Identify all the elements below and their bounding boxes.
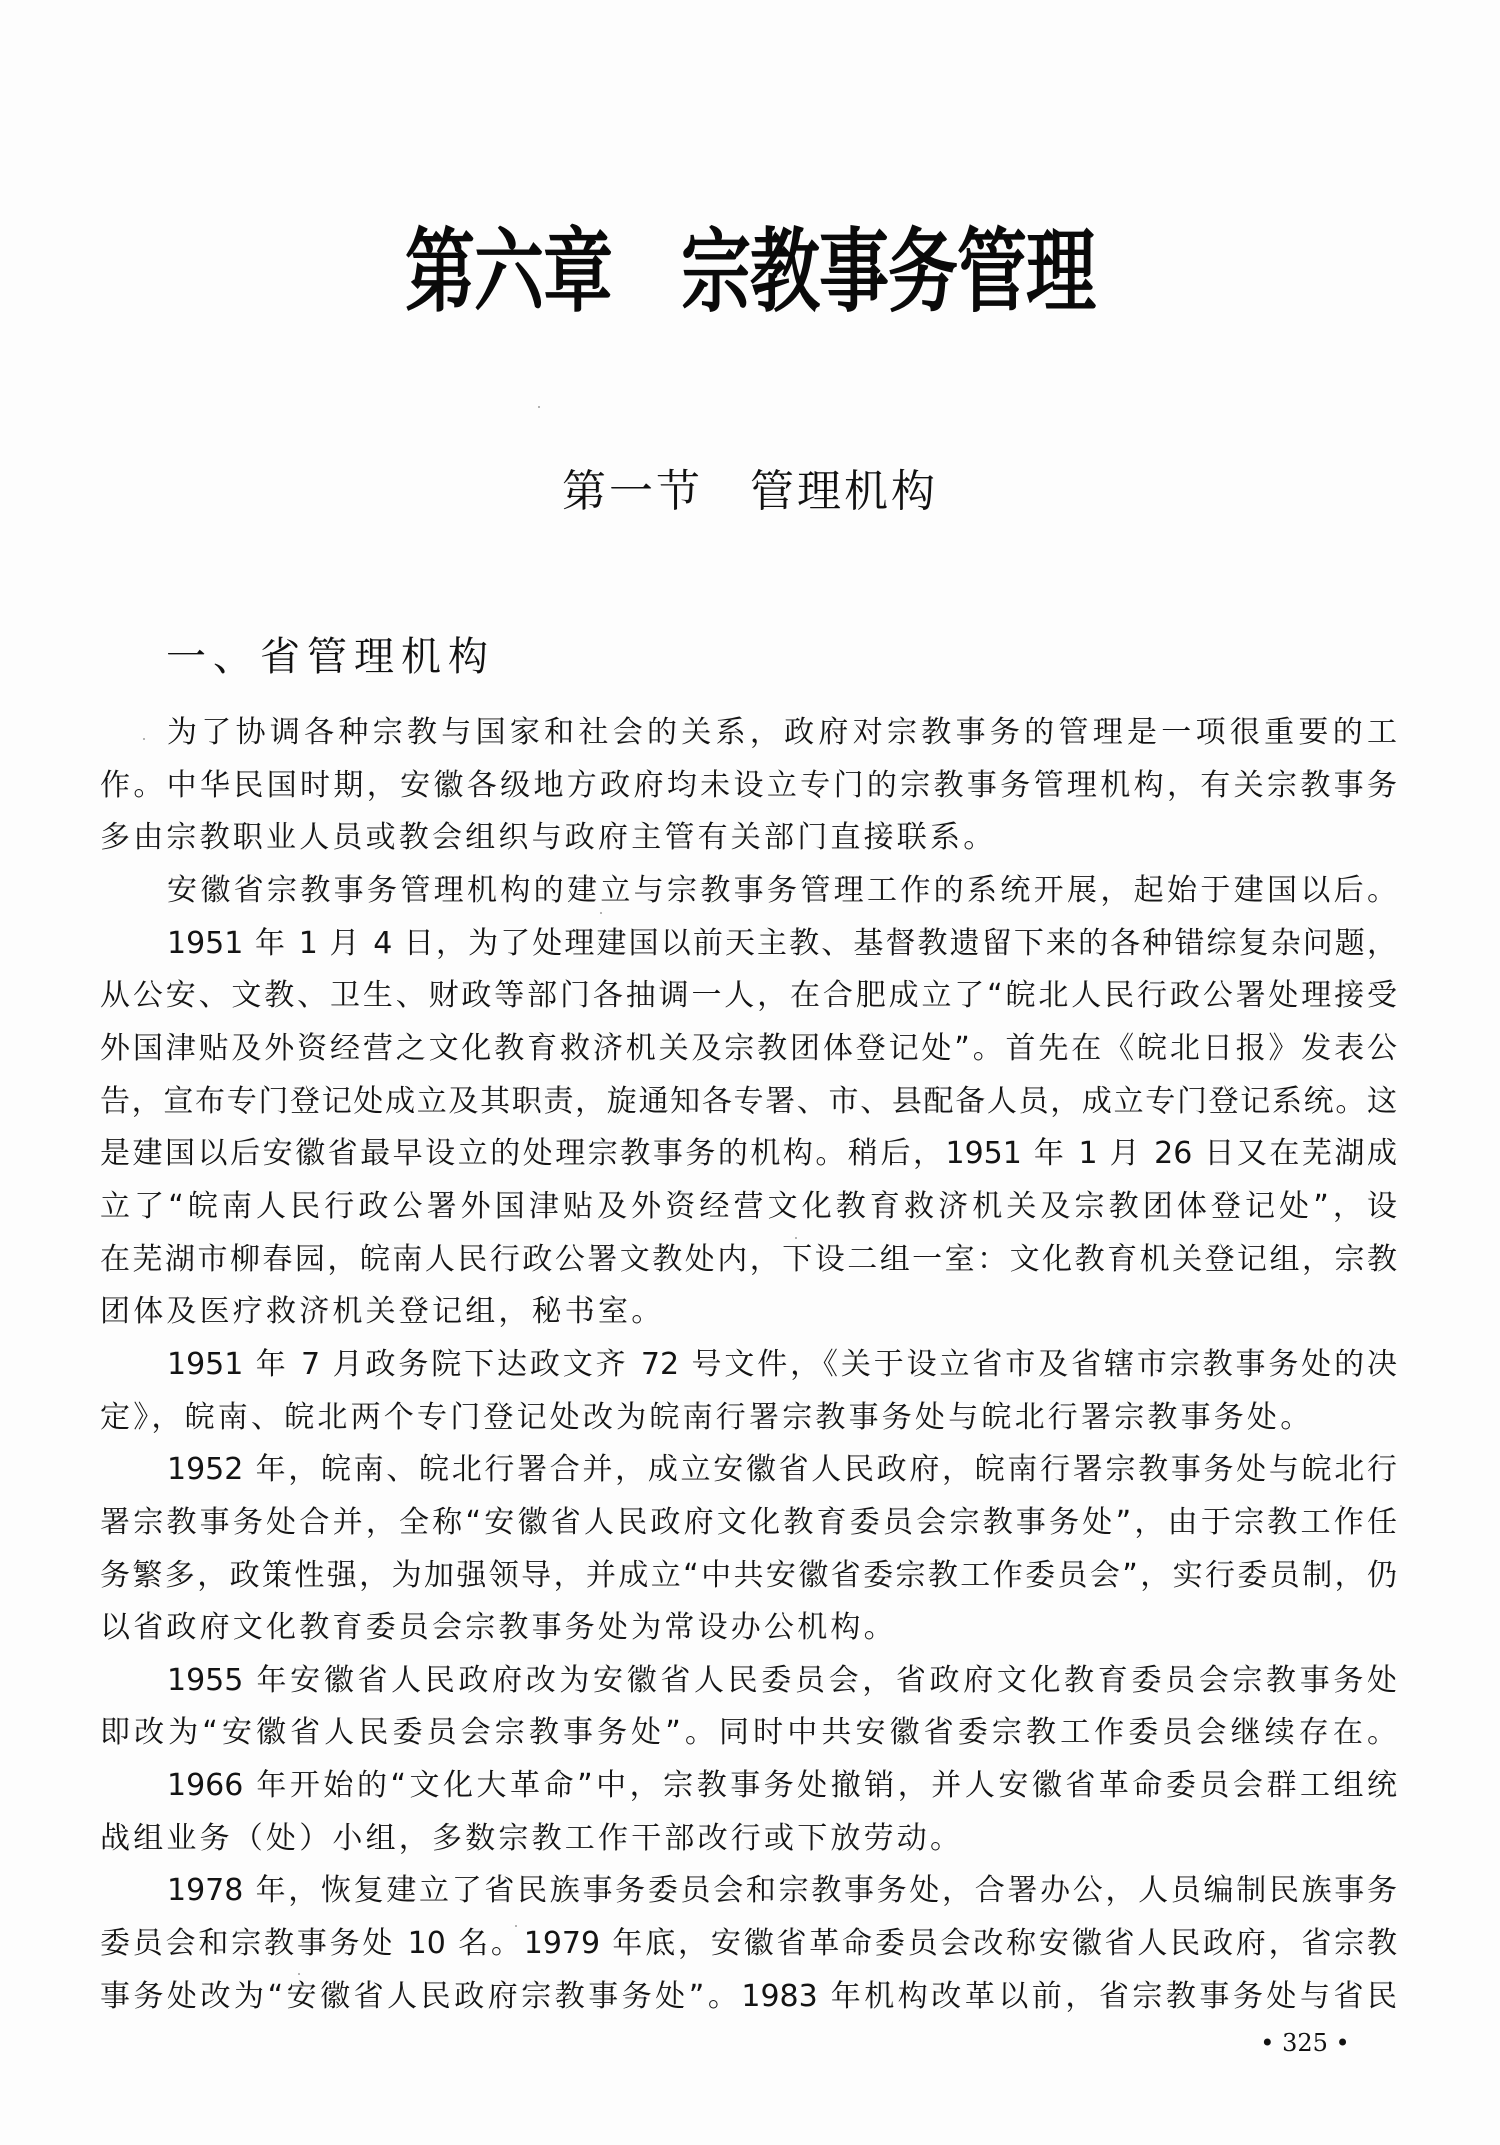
scan-speck bbox=[795, 1237, 797, 1239]
body-line: 团体及医疗救济机关登记组，秘书室。 bbox=[100, 1286, 1397, 1339]
body-line: 署宗教事务处合并，全称“安徽省人民政府文化教育委员会宗教事务处”，由于宗教工作任 bbox=[100, 1497, 1397, 1550]
body-line: 事务处改为“安徽省人民政府宗教事务处”。1983 年机构改革以前，省宗教事务处与… bbox=[100, 1971, 1397, 2024]
body-line: 委员会和宗教事务处 10 名。1979 年底，安徽省革命委员会改称安徽省人民政府… bbox=[100, 1918, 1397, 1971]
body-line: 战组业务（处）小组，多数宗教工作干部改行或下放劳动。 bbox=[100, 1813, 1397, 1866]
scan-speck bbox=[1340, 1505, 1342, 1507]
scan-speck bbox=[298, 1973, 300, 1975]
body-line: 1951 年 1 月 4 日，为了处理建国以前天主教、基督教遗留下来的各种错综复… bbox=[167, 918, 1397, 971]
subsection-title: 一、省管理机构 bbox=[166, 630, 495, 684]
scan-speck bbox=[143, 738, 145, 740]
scan-speck bbox=[538, 406, 540, 408]
body-line: 务繁多，政策性强，为加强领导，并成立“中共安徽省委宗教工作委员会”，实行委员制，… bbox=[100, 1550, 1397, 1603]
body-line: 1978 年，恢复建立了省民族事务委员会和宗教事务处，合署办公，人员编制民族事务 bbox=[167, 1865, 1397, 1918]
body-line: 即改为“安徽省人民委员会宗教事务处”。同时中共安徽省委宗教工作委员会继续存在。 bbox=[100, 1707, 1397, 1760]
body-line: 1951 年 7 月政务院下达政文齐 72 号文件，《关于设立省市及省辖市宗教事… bbox=[167, 1339, 1397, 1392]
body-line: 作。中华民国时期，安徽各级地方政府均未设立专门的宗教事务管理机构，有关宗教事务 bbox=[100, 760, 1397, 813]
body-text: 为了协调各种宗教与国家和社会的关系，政府对宗教事务的管理是一项很重要的工 作。中… bbox=[100, 707, 1397, 2023]
body-line: 定》，皖南、皖北两个专门登记处改为皖南行署宗教事务处与皖北行署宗教事务处。 bbox=[100, 1392, 1397, 1445]
body-line: 多由宗教职业人员或教会组织与政府主管有关部门直接联系。 bbox=[100, 812, 1397, 865]
chapter-title: 第六章 宗教事务管理 bbox=[0, 207, 1500, 337]
body-line: 告，宣布专门登记处成立及其职责，旋通知各专署、市、县配备人员，成立专门登记系统。… bbox=[100, 1076, 1397, 1129]
body-line: 1955 年安徽省人民政府改为安徽省人民委员会，省政府文化教育委员会宗教事务处 bbox=[167, 1655, 1397, 1708]
scan-speck bbox=[600, 912, 602, 914]
scanned-page: 第六章 宗教事务管理 第一节 管理机构 一、省管理机构 为了协调各种宗教与国家和… bbox=[0, 0, 1500, 2145]
body-line: 1952 年，皖南、皖北行署合并，成立安徽省人民政府，皖南行署宗教事务处与皖北行 bbox=[167, 1444, 1397, 1497]
body-line: 在芜湖市柳春园，皖南人民行政公署文教处内，下设二组一室：文化教育机关登记组，宗教 bbox=[100, 1234, 1397, 1287]
page-number: • 325 • bbox=[1250, 2026, 1360, 2060]
body-line: 外国津贴及外资经营之文化教育救济机关及宗教团体登记处”。首先在《皖北日报》发表公 bbox=[100, 1023, 1397, 1076]
section-title: 第一节 管理机构 bbox=[0, 462, 1500, 522]
body-line: 1966 年开始的“文化大革命”中，宗教事务处撤销，并人安徽省革命委员会群工组统 bbox=[167, 1760, 1397, 1813]
body-line: 是建国以后安徽省最早设立的处理宗教事务的机构。稍后，1951 年 1 月 26 … bbox=[100, 1128, 1397, 1181]
body-line: 从公安、文教、卫生、财政等部门各抽调一人，在合肥成立了“皖北人民行政公署处理接受 bbox=[100, 970, 1397, 1023]
body-line: 为了协调各种宗教与国家和社会的关系，政府对宗教事务的管理是一项很重要的工 bbox=[167, 707, 1397, 760]
body-line: 安徽省宗教事务管理机构的建立与宗教事务管理工作的系统开展，起始于建国以后。 bbox=[167, 865, 1397, 918]
scan-speck bbox=[515, 1925, 517, 1927]
body-line: 以省政府文化教育委员会宗教事务处为常设办公机构。 bbox=[100, 1602, 1397, 1655]
body-line: 立了“皖南人民行政公署外国津贴及外资经营文化教育救济机关及宗教团体登记处”，设 bbox=[100, 1181, 1397, 1234]
